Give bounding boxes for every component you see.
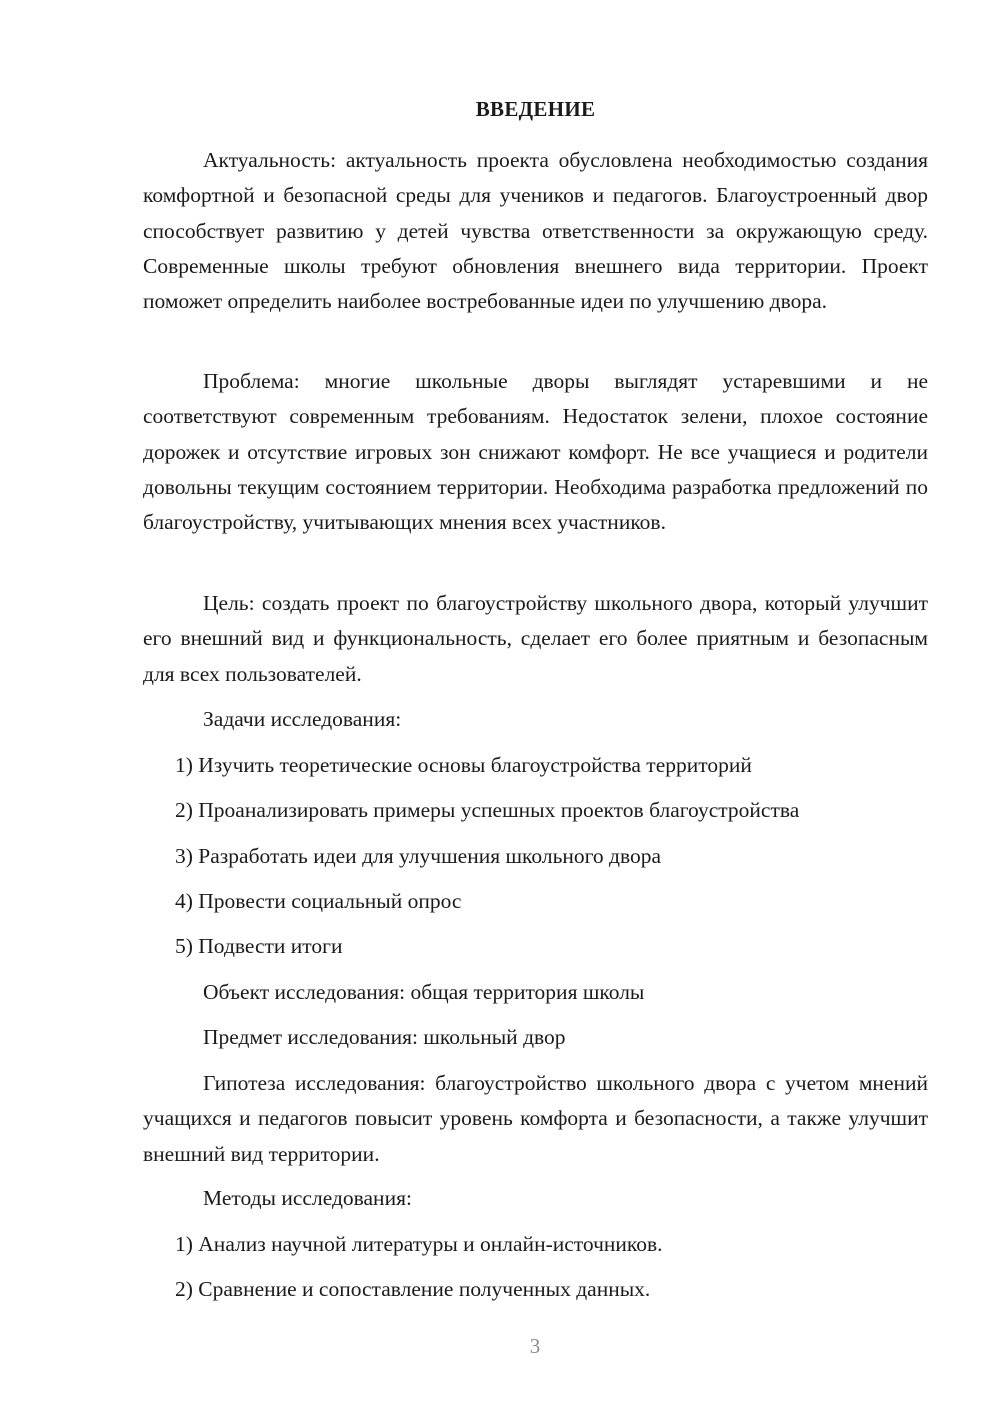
goal-paragraph: Цель: создать проект по благоустройству … xyxy=(143,586,928,692)
task-item: 3) Разработать идеи для улучшения школьн… xyxy=(175,839,661,874)
tasks-header: Задачи исследования: xyxy=(203,702,401,737)
problem-paragraph: Проблема: многие школьные дворы выглядят… xyxy=(143,364,928,540)
relevance-paragraph: Актуальность: актуальность проекта обусл… xyxy=(143,143,928,319)
method-item: 2) Сравнение и сопоставление полученных … xyxy=(175,1272,650,1307)
task-item: 5) Подвести итоги xyxy=(175,929,343,964)
methods-header: Методы исследования: xyxy=(203,1181,412,1216)
page-number: 3 xyxy=(0,1334,1000,1359)
document-page: ВВЕДЕНИЕ Актуальность: актуальность прое… xyxy=(0,0,1000,1414)
hypothesis-paragraph: Гипотеза исследования: благоустройство ш… xyxy=(143,1066,928,1172)
research-subject: Предмет исследования: школьный двор xyxy=(203,1020,566,1055)
method-item: 1) Анализ научной литературы и онлайн-ис… xyxy=(175,1227,663,1262)
task-item: 1) Изучить теоретические основы благоуст… xyxy=(175,748,752,783)
task-item: 2) Проанализировать примеры успешных про… xyxy=(175,793,799,828)
research-object: Объект исследования: общая территория шк… xyxy=(203,975,644,1010)
task-item: 4) Провести социальный опрос xyxy=(175,884,461,919)
section-title: ВВЕДЕНИЕ xyxy=(143,97,928,122)
